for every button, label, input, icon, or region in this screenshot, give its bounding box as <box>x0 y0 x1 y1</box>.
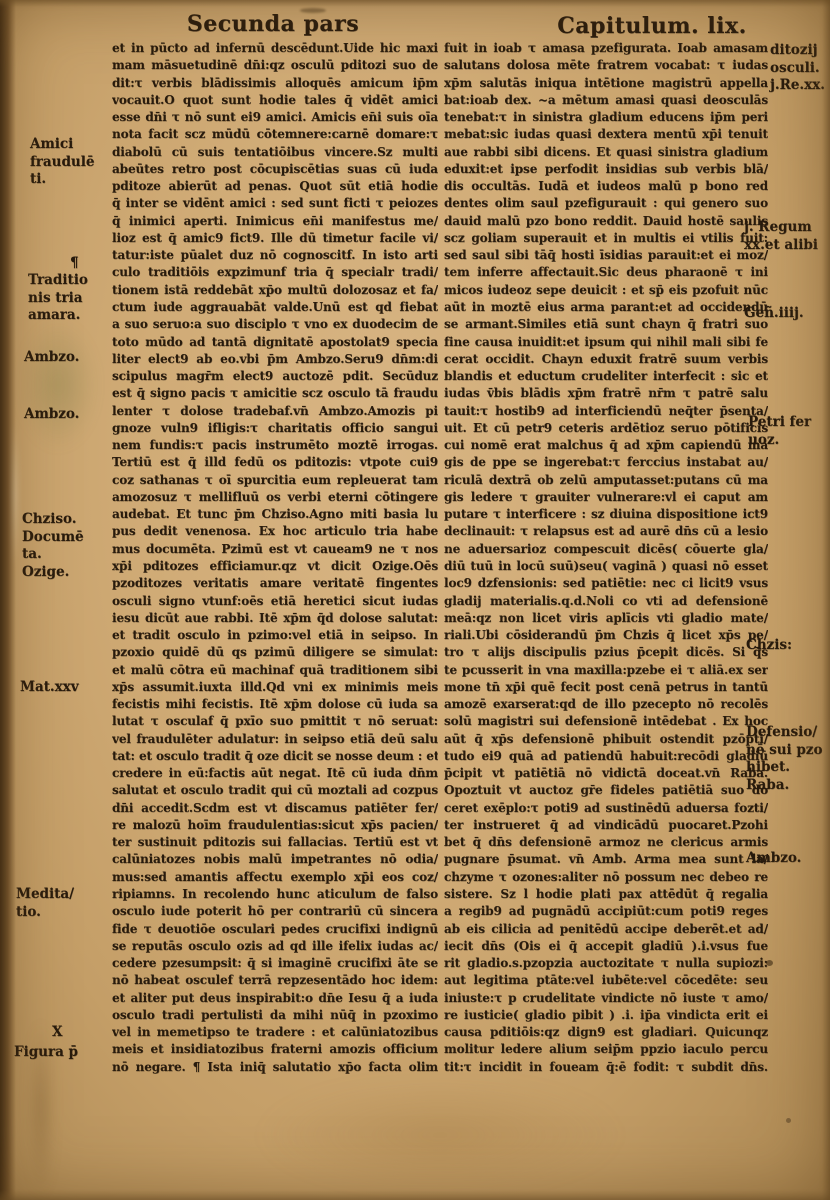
text-line: gis de ppe se ingerebat:τ ferccius insta… <box>444 454 768 471</box>
book-page: Secunda pars Capitulum. lix. et in pūcto… <box>0 0 830 1200</box>
margin-note: Traditio nis tria amara. <box>28 272 88 325</box>
text-line: ctum iude aggrauabāt valde.Unū est qd fi… <box>112 299 438 316</box>
text-line: molitur ledere alium seip̄m ppzio iaculo… <box>444 1041 768 1058</box>
text-line: rit gladio.s.pzopzia auctozitate τ nulla… <box>444 955 768 972</box>
text-line: chzyme τ ozones:aliter nō possum nec deb… <box>444 869 768 886</box>
text-line: ne aduersarioz compescuit dicēs( cōuerte… <box>444 541 768 558</box>
text-line: et in pūcto ad infernū descēdunt.Uide hi… <box>112 40 438 57</box>
text-line: dit:τ verbis blādissimis alloquēs amicum… <box>112 75 438 92</box>
text-line: salutat et osculo tradit qui cū moztali … <box>112 782 438 799</box>
margin-note: Raba. <box>746 777 789 795</box>
text-line: amozē exarserat:qd de illo pzecepto nō r… <box>444 696 768 713</box>
text-line: culo traditiōis expzimunf tria q̄ specia… <box>112 264 438 281</box>
text-line: dn̄i accedit.Scdm est vt discamus patiēt… <box>112 800 438 817</box>
text-line: a regib9 ad pugnādū accipiūt:cum poti9 r… <box>444 903 768 920</box>
text-line: ab eis cilicia ad penitēdū accipe deberē… <box>444 921 768 938</box>
margin-note: Chziso. Documē ta. <box>22 511 84 564</box>
text-line: et aliter put deus inspirabit:o dn̄e Ies… <box>112 990 438 1007</box>
margin-note: ¶ <box>70 255 79 273</box>
text-line: sed saul sibi tāq̄ hosti īsidias parauit… <box>444 247 768 264</box>
text-line: cerat occidit. Chayn eduxit fratrē suum … <box>444 351 768 368</box>
text-column-left: et in pūcto ad infernū descēdunt.Uide hi… <box>112 40 438 1076</box>
text-line: est q̄ signo pacis τ amicitie scz osculo… <box>112 385 438 402</box>
text-line: salutans dolosa mēte fratrem vocabat: τ … <box>444 57 768 74</box>
text-line: mam māsuetudinē dn̄i:qz osculū pditozi s… <box>112 57 438 74</box>
text-line: meā:qz non licet viris aplīcis vti gladi… <box>444 610 768 627</box>
text-line: mebat:sic iudas quasi dextera mentū xp̄i… <box>444 126 768 143</box>
text-line: micos iudeoz sepe deuicit : et sp̄ eis p… <box>444 282 768 299</box>
text-line: tenebat:τ in sinistra gladium educens ip… <box>444 109 768 126</box>
text-line: abeūtes retro post cōcupiscētias suas cū… <box>112 161 438 178</box>
margin-note: Defensio/ nē sui pzo hibet. <box>746 724 822 777</box>
text-line: pus dedit venenosa. Ex hoc articulo tria… <box>112 523 438 540</box>
text-line: tem inferre affectauit.Sic deus pharaonē… <box>444 264 768 281</box>
text-line: ceret exēplo:τ poti9 ad sustinēdū aduers… <box>444 800 768 817</box>
text-line: vocauit.O quot sunt hodie tales q̄ vidēt… <box>112 92 438 109</box>
margin-note: Chzis: <box>746 637 792 655</box>
text-line: putare τ interficere : sz diuina disposi… <box>444 506 768 523</box>
text-line: aūt in moztē eius arma parant:et ad occi… <box>444 299 768 316</box>
text-line: aut legitima ptāte:vel iubēte:vel cōcedē… <box>444 972 768 989</box>
text-line: tauit:τ hostib9 ad interficiendū neq̄ter… <box>444 403 768 420</box>
text-line: vel in memetipso te tradere : et calūnia… <box>112 1024 438 1041</box>
text-line: mone tn̄ xp̄i quē fecit post cenā petrus… <box>444 679 768 696</box>
text-line: audebat. Et tunc p̄m Chziso.Agno miti ba… <box>112 506 438 523</box>
text-line: ripiamns. In recolendo hunc aticulum de … <box>112 886 438 903</box>
text-line: diabolū cū suis tentatiōibus vincere.Sz … <box>112 144 438 161</box>
margin-note: Ambzo. <box>24 406 79 424</box>
margin-note: Ambzo. <box>24 349 79 367</box>
text-line: dauid malū pzo bono reddit. Dauid hostē … <box>444 213 768 230</box>
paper-stain <box>260 1080 620 1190</box>
text-line: gladij materialis.q.d.Noli co vti ad def… <box>444 593 768 610</box>
margin-note: Figura p̄ <box>14 1044 78 1062</box>
text-line: vel fraudulēter adulatur: in seipso etiā… <box>112 731 438 748</box>
text-line: fuit in ioab τ amasa pzefigurata. Ioab a… <box>444 40 768 57</box>
margin-note: Ambzo. <box>746 850 801 868</box>
margin-note: Mat.xxv <box>20 679 79 697</box>
text-line: toto mūdo ad tantā dignitatē apostolat9 … <box>112 334 438 351</box>
text-line: declinauit: τ relapsus est ad aurē dn̄s … <box>444 523 768 540</box>
text-line: uit. Et cū petr9 ceteris ardētioz seruo … <box>444 420 768 437</box>
text-line: tionem istā reddebāt xp̄o multū dolozosa… <box>112 282 438 299</box>
text-line: iesu dicūt aue rabbi. Itē xp̄m q̄d dolos… <box>112 610 438 627</box>
text-line: a suo seruo:a suo disciplo τ vno ex duod… <box>112 316 438 333</box>
text-line: xp̄m salutās iniqua intētione magistrū a… <box>444 75 768 92</box>
page-edge <box>822 0 830 1200</box>
text-line: iudas v̄bis blādis xp̄m fratrē nr̄m τ pa… <box>444 385 768 402</box>
margin-note: X <box>52 1024 62 1042</box>
text-line: amozosuz τ mellifluū os verbi eterni cōt… <box>112 489 438 506</box>
running-header-right: Capitulum. lix. <box>542 13 762 39</box>
text-line: lutat τ osculaf q̄ pxīo suo pmittit τ nō… <box>112 713 438 730</box>
text-line: re iusticie( gladio pibit ) .i. ip̄a vin… <box>444 1007 768 1024</box>
text-line: tit:τ incidit in foueam q̄:ē fodit: τ su… <box>444 1059 768 1076</box>
text-line: se armant.Similes etiā sunt chayn q̄ fra… <box>444 316 768 333</box>
text-line: osculo tradi pertulisti da mihi nūq̄ in … <box>112 1007 438 1024</box>
text-line: nō habeat osculef terrā repzesentādo hoc… <box>112 972 438 989</box>
text-line: Tertiū est q̄ illd fedū os pditozis: vtp… <box>112 454 438 471</box>
text-line: gnoze vuln9 ifligis:τ charitatis officio… <box>112 420 438 437</box>
text-line: lioz est q̄ amic9 fict9. Ille dū timetur… <box>112 230 438 247</box>
text-line: p̄cipit vt patiētiā nō vidictā doceat.vn… <box>444 765 768 782</box>
text-line: osculo iude poterit hō per contrariū cū … <box>112 903 438 920</box>
text-line: nō negare. ¶ Ista iniq̄ salutatio xp̄o f… <box>112 1059 438 1076</box>
text-line: et malū cōtra eū machinaf quā traditione… <box>112 662 438 679</box>
text-line: gis ledere τ grauiter vulnerare:vl ei ca… <box>444 489 768 506</box>
text-line: fide τ deuotiōe osculari pedes crucifixi… <box>112 921 438 938</box>
text-line: tudo ei9 quā ad patiendū habuit:recōdi g… <box>444 748 768 765</box>
margin-note: Petri fer uoz. <box>748 414 811 449</box>
text-line: meis et insidiatozibus fraterni amozis o… <box>112 1041 438 1058</box>
text-line: xp̄s assumit.iuxta illd.Qd vni ex minimi… <box>112 679 438 696</box>
text-line: cui nomē erat malchus q̄ ad xp̄m capiend… <box>444 437 768 454</box>
text-line: pzoxio quidē dū qs pzimū diligere se sim… <box>112 644 438 661</box>
text-line: lenter τ dolose tradebaf.vn̄ Ambzo.Amozi… <box>112 403 438 420</box>
text-line: bet q̄ dn̄s defensionē armoz ne clericus… <box>444 834 768 851</box>
page-edge <box>0 1190 830 1200</box>
text-line: ter instrueret q̄ ad vindicādū puocaret.… <box>444 817 768 834</box>
margin-note: ditozij osculi. j.Re.xx. <box>770 42 825 95</box>
margin-note: j. Regum xx.et alibi <box>744 219 818 254</box>
text-line: scipulus magr̄m elect9 auctozē pdit. Sec… <box>112 368 438 385</box>
text-line: riali.Ubi cōsiderandū p̄m Chzis q̄ licet… <box>444 627 768 644</box>
text-line: re malozū hoīm fraudulentias:sicut xp̄s … <box>112 817 438 834</box>
text-line: mus:sed amantis affectu exemplo xp̄i eos… <box>112 869 438 886</box>
text-line: mus documēta. Pzimū est vt caueam9 ne τ … <box>112 541 438 558</box>
text-line: esse dn̄i τ nō sunt ei9 amici. Amicis en… <box>112 109 438 126</box>
text-line: credere in eū:factis aūt negat. Itē cū i… <box>112 765 438 782</box>
text-line: diū tuū in locū suū)seu( vaginā ) quasi … <box>444 558 768 575</box>
margin-note: Ozige. <box>22 564 69 582</box>
text-line: dis occultās. Iudā et iudeos malū p bono… <box>444 178 768 195</box>
text-line: loc9 dzfensionis: sed patiētie: nec ci l… <box>444 575 768 592</box>
text-line: nota facit scz mūdū cōtemnere:carnē doma… <box>112 126 438 143</box>
text-line: iecit dn̄s (Ois ei q̄ accepit gladiū ).i… <box>444 938 768 955</box>
text-line: calūniatozes nobis malū impetrantes nō o… <box>112 851 438 868</box>
text-line: solū magistri sui defensionē intēdebat .… <box>444 713 768 730</box>
text-line: nem fundis:τ pacis instrumēto moztē irro… <box>112 437 438 454</box>
text-line: dentes olim saul pzefigurauit : qui gene… <box>444 195 768 212</box>
text-line: fine causa inuidit:et ipsum qui nihil ma… <box>444 334 768 351</box>
text-line: coz sathanas τ oī spurcitia eum repleuer… <box>112 472 438 489</box>
text-line: et tradit osculo in pzimo:vel etiā in se… <box>112 627 438 644</box>
text-column-right: fuit in ioab τ amasa pzefigurata. Ioab a… <box>444 40 768 1076</box>
text-line: aūt q̄ xp̄s defensionē phibuit ostendit … <box>444 731 768 748</box>
text-line: liter elect9 ab eo.vbi p̄m Ambzo.Seru9 d… <box>112 351 438 368</box>
text-line: se reputās osculo ozis ad qd ille ifelix… <box>112 938 438 955</box>
ink-speck <box>786 1118 791 1123</box>
text-line: tro τ alijs discipulis pzius p̄cepit dic… <box>444 644 768 661</box>
text-line: bat:ioab dex. ~a mētum amasi quasi deosc… <box>444 92 768 109</box>
margin-note: Medita/ tio. <box>16 886 74 921</box>
text-line: iniuste:τ p crudelitate vindicte nō iust… <box>444 990 768 1007</box>
text-line: riculā dextrā ob zelū amputasset:putans … <box>444 472 768 489</box>
running-header-left: Secunda pars <box>168 11 378 37</box>
text-line: fecistis mihi fecistis. Itē xp̄m dolose … <box>112 696 438 713</box>
page-edge <box>0 0 830 7</box>
text-line: blandis et eductum crudeliter interfecit… <box>444 368 768 385</box>
text-line: scz goliam superauit et in multis ei vti… <box>444 230 768 247</box>
text-line: sistere. Sz l hodie plati pax attēdūt q̄… <box>444 886 768 903</box>
text-line: tat: et osculo tradit q̄ oze dicit se no… <box>112 748 438 765</box>
text-line: eduxit:et ipse perfodit insidias sub ver… <box>444 161 768 178</box>
text-line: osculi signo vtunf:oēs etiā heretici sic… <box>112 593 438 610</box>
text-line: pugnare p̄sumat. vn̄ Amb. Arma mea sunt … <box>444 851 768 868</box>
text-line: q̄ inter se vidēnt amici : sed sunt fict… <box>112 195 438 212</box>
gutter-shadow <box>0 0 16 1200</box>
text-line: pzoditozes veritatis amare veritatē fing… <box>112 575 438 592</box>
text-line: xp̄i pditozes efficiamur.qz vt dicit Ozi… <box>112 558 438 575</box>
text-line: ter sustinuit pditozis sui fallacias. Te… <box>112 834 438 851</box>
margin-note: Geñ.iiij. <box>744 305 804 323</box>
text-line: aue rabbi sibi dicens. Et quasi sinistra… <box>444 144 768 161</box>
text-line: pditoze abierūt ad penas. Quot sūt etiā … <box>112 178 438 195</box>
text-line: cedere pzesumpsit: q̄ si imaginē crucifi… <box>112 955 438 972</box>
text-line: Opoztuit vt auctoz gr̄e fideles patiētiā… <box>444 782 768 799</box>
text-line: te pcusserit in vna maxilla:pzebe ei τ a… <box>444 662 768 679</box>
text-line: causa pditiōis:qz dign9 est gladiari. Qu… <box>444 1024 768 1041</box>
margin-note: Amici fraudulē ti. <box>30 136 94 189</box>
text-line: tatur:iste pūalet duz nō cognoscitf. In … <box>112 247 438 264</box>
text-line: q̄ inimici aperti. Inimicus en̄i manifes… <box>112 213 438 230</box>
paper-stain <box>18 320 98 450</box>
